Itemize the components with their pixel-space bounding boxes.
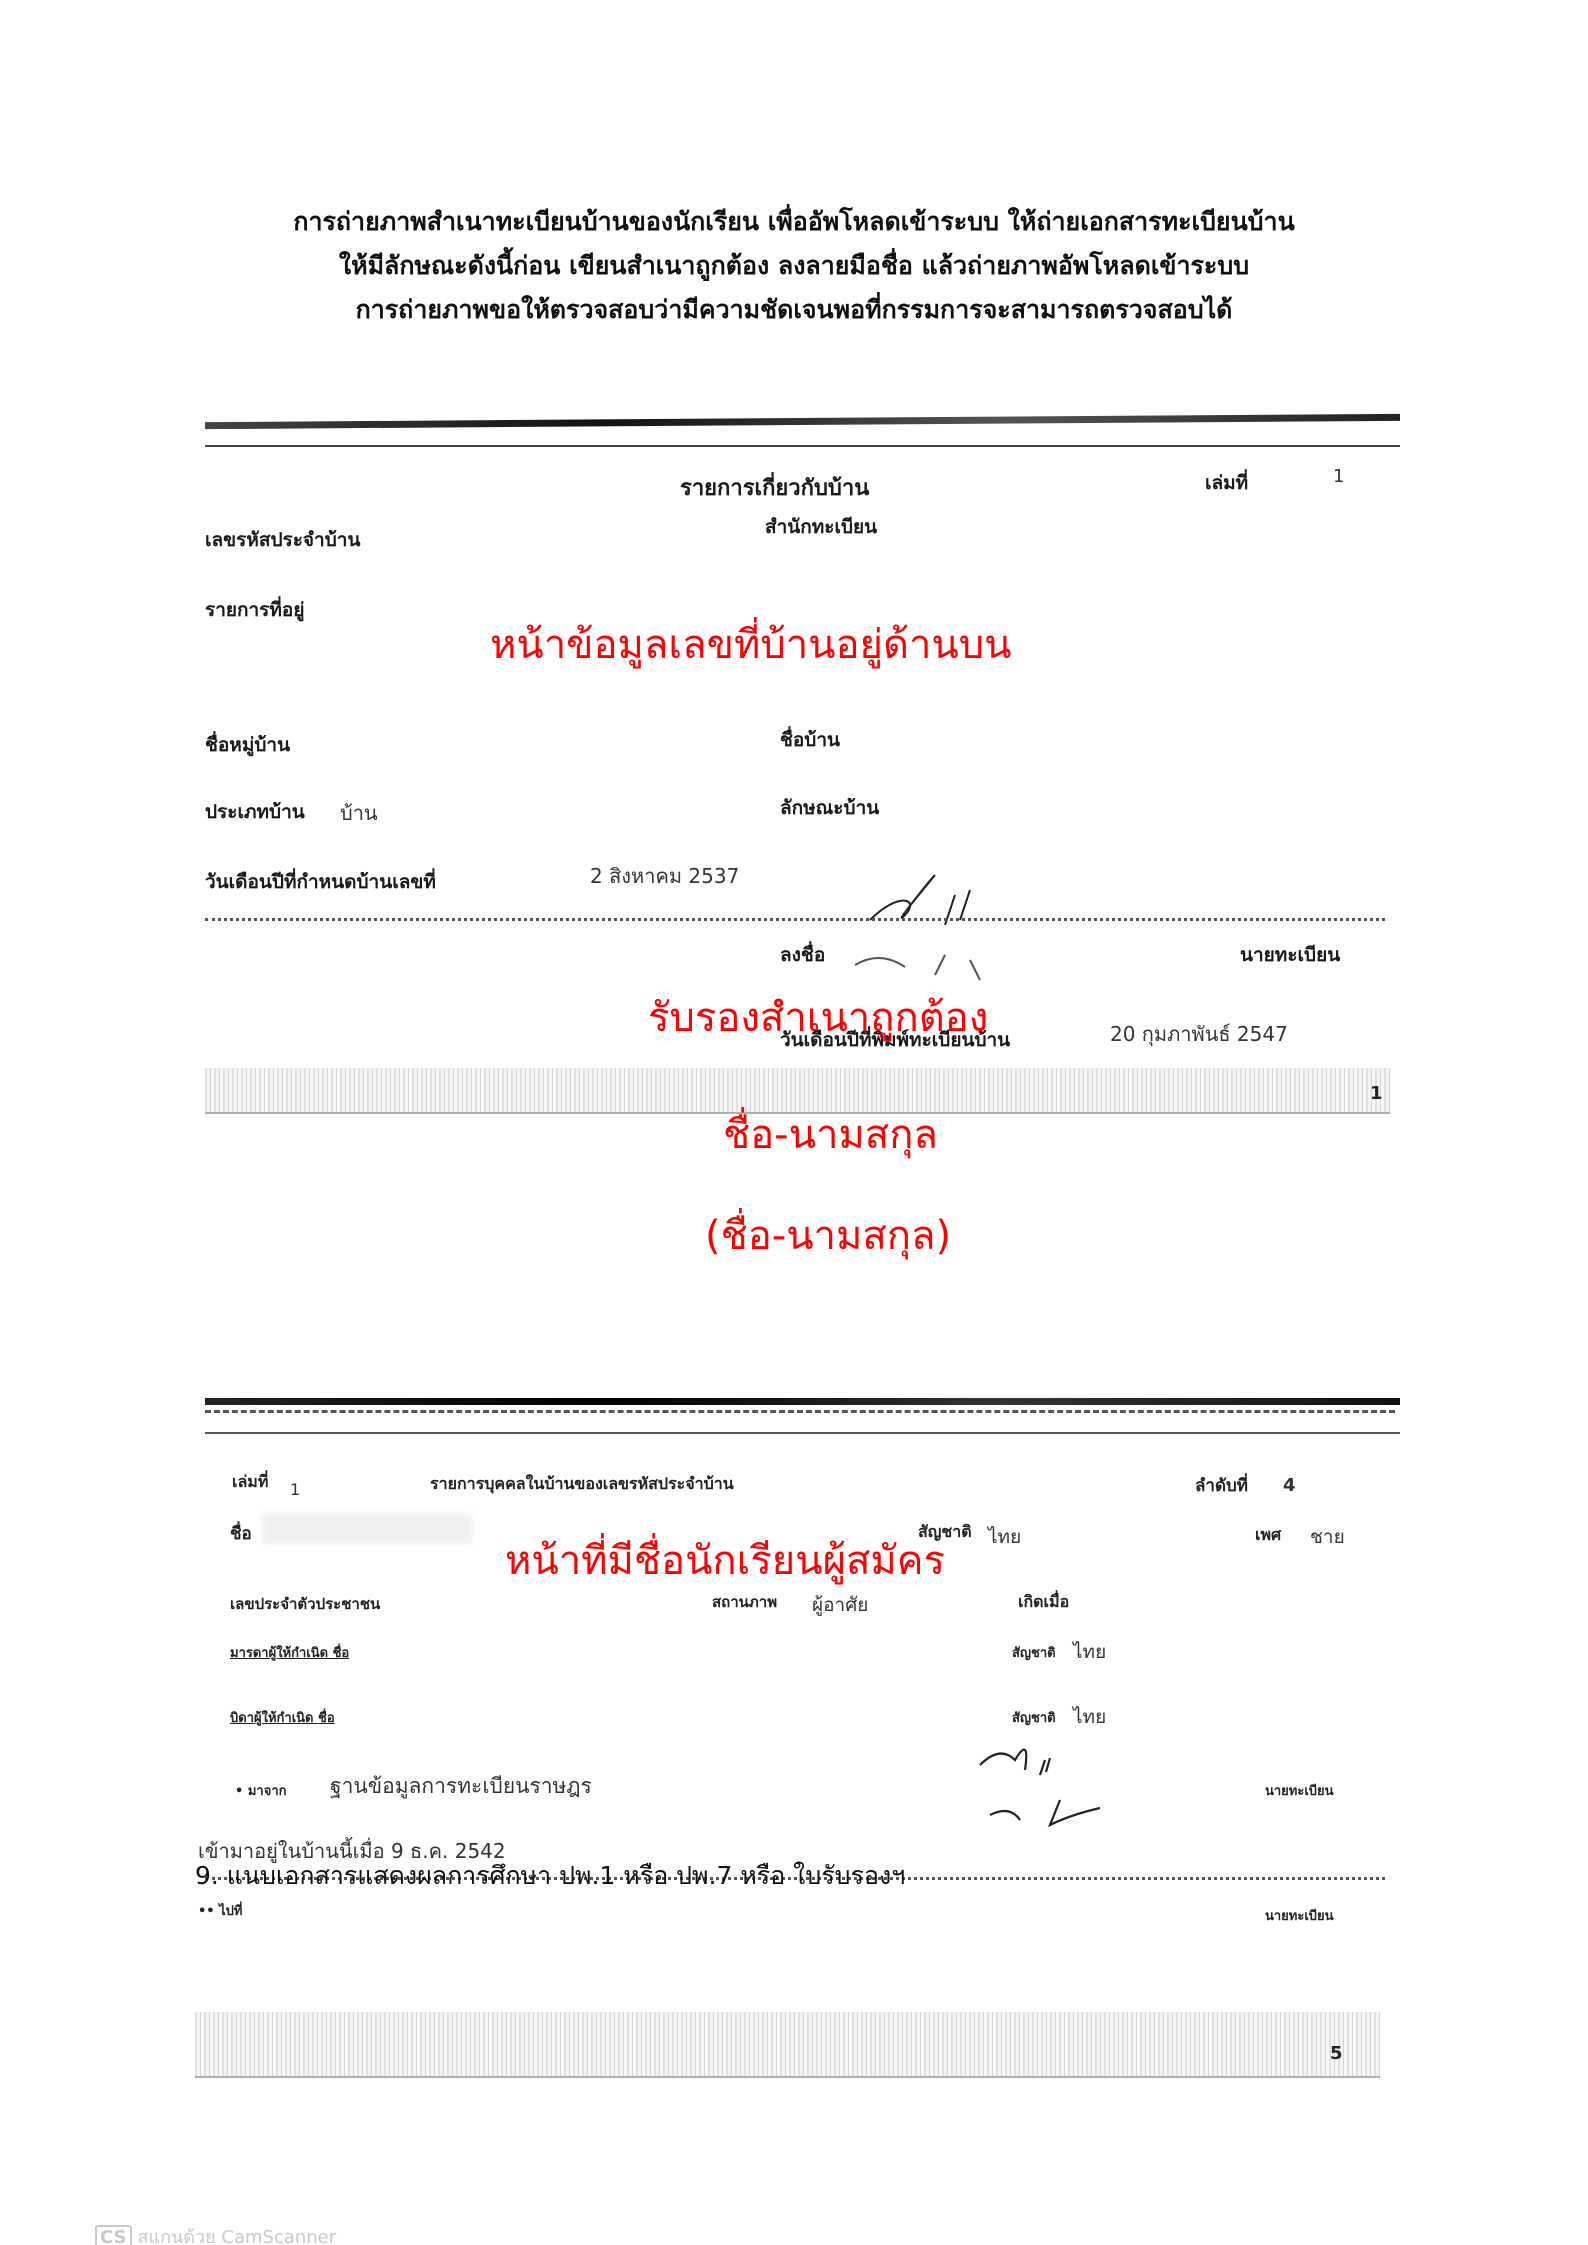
- sex-value: ชาย: [1310, 1522, 1345, 1552]
- id-number-label: เลขประจำตัวประชาชน: [230, 1592, 380, 1616]
- date-assigned-label: วันเดือนปีที่กำหนดบ้านเลขที่: [205, 867, 436, 897]
- instruction-line-3: การถ่ายภาพขอให้ตรวจสอบว่ามีความชัดเจนพอท…: [0, 288, 1588, 332]
- signer-name-note: ชื่อ-นามสกุล: [723, 1102, 938, 1166]
- name-label: ชื่อ: [230, 1520, 252, 1547]
- person-book-label: เล่มที่: [232, 1470, 268, 1495]
- registrar-signature-2-icon: [970, 1730, 1140, 1840]
- certify-copy-note: รับรองสำเนาถูกต้อง: [648, 985, 988, 1049]
- scan-rule: [205, 445, 1400, 447]
- signer-name-paren-note: (ชื่อ-นามสกุล): [705, 1203, 951, 1267]
- father-nationality-value: ไทย: [1073, 1702, 1106, 1732]
- house-code-label: เลขรหัสประจำบ้าน: [205, 525, 360, 555]
- father-label: บิดาผู้ให้กำเนิด ชื่อ: [230, 1707, 335, 1728]
- status-label: สถานภาพ: [712, 1590, 777, 1614]
- registry-office-label: สำนักทะเบียน: [765, 512, 877, 542]
- camscanner-logo-icon: CS: [95, 2225, 132, 2245]
- house-page-title: รายการเกี่ยวกับบ้าน: [680, 470, 869, 505]
- blurred-name-field: [262, 1514, 472, 1544]
- signature-dotted-line: [205, 918, 1385, 921]
- house-type-value: บ้าน: [340, 797, 378, 829]
- mother-label: มารดาผู้ให้กำเนิด ชื่อ: [230, 1642, 349, 1663]
- book-label: เล่มที่: [1205, 468, 1248, 498]
- house-style-label: ลักษณะบ้าน: [780, 793, 879, 823]
- scan-noise-band: [195, 2012, 1380, 2078]
- father-nationality-label: สัญชาติ: [1012, 1707, 1056, 1728]
- registrar-label: นายทะเบียน: [1240, 940, 1340, 970]
- moved-to-label: •• ไปที่: [198, 1900, 243, 1921]
- date-assigned-value: 2 สิงหาคม 2537: [590, 860, 739, 892]
- nationality-value: ไทย: [988, 1522, 1021, 1552]
- scan-top-edge: [205, 414, 1400, 429]
- house-name-label: ชื่อบ้าน: [780, 725, 840, 755]
- sex-label: เพศ: [1255, 1523, 1281, 1548]
- village-name-label: ชื่อหมู่บ้าน: [205, 730, 290, 760]
- scan-rule: [205, 1432, 1400, 1434]
- watermark-text: สแกนด้วย CamScanner: [138, 2227, 337, 2245]
- status-value: ผู้อาศัย: [812, 1590, 868, 1620]
- scan-dashed-rule: [205, 1410, 1395, 1413]
- order-value: 4: [1283, 1475, 1296, 1496]
- page-number: 1: [1370, 1083, 1383, 1104]
- address-label: รายการที่อยู่: [205, 595, 304, 625]
- instruction-line-1: การถ่ายภาพสำเนาทะเบียนบ้านของนักเรียน เพ…: [0, 200, 1588, 244]
- scan-top-edge: [205, 1398, 1400, 1405]
- moved-to-registrar-label: นายทะเบียน: [1265, 1905, 1334, 1926]
- checklist-item-9: 9. แนบเอกสารแสดงผลการศึกษา ปพ.1 หรือ ปพ.…: [195, 1856, 905, 1896]
- registrar-signature-icon: [860, 870, 1030, 930]
- born-label: เกิดเมื่อ: [1018, 1590, 1069, 1615]
- book-value: 1: [1333, 466, 1344, 487]
- instructions: การถ่ายภาพสำเนาทะเบียนบ้านของนักเรียน เพ…: [0, 200, 1588, 332]
- sign-scribble-icon: [850, 945, 1000, 985]
- person-page-title: รายการบุคคลในบ้านของเลขรหัสประจำบ้าน: [430, 1472, 734, 1497]
- order-label: ลำดับที่: [1195, 1472, 1248, 1499]
- mother-nationality-label: สัญชาติ: [1012, 1642, 1056, 1663]
- top-page-note: หน้าข้อมูลเลขที่บ้านอยู่ด้านบน: [490, 612, 1011, 676]
- person-book-value: 1: [290, 1480, 300, 1499]
- moved-from-registrar-label: นายทะเบียน: [1265, 1780, 1334, 1801]
- mother-nationality-value: ไทย: [1073, 1637, 1106, 1667]
- camscanner-watermark: CSสแกนด้วย CamScanner: [95, 2222, 336, 2245]
- print-date-value: 20 กุมภาพันธ์ 2547: [1110, 1018, 1288, 1050]
- person-page-number: 5: [1330, 2043, 1343, 2064]
- instruction-line-2: ให้มีลักษณะดังนี้ก่อน เขียนสำเนาถูกต้อง …: [0, 244, 1588, 288]
- sign-label: ลงชื่อ: [780, 940, 825, 970]
- person-page-note: หน้าที่มีชื่อนักเรียนผู้สมัคร: [505, 1528, 945, 1592]
- moved-from-label: • มาจาก: [235, 1780, 287, 1801]
- house-type-label: ประเภทบ้าน: [205, 797, 305, 827]
- moved-from-value: ฐานข้อมูลการทะเบียนราษฎร: [330, 1770, 592, 1803]
